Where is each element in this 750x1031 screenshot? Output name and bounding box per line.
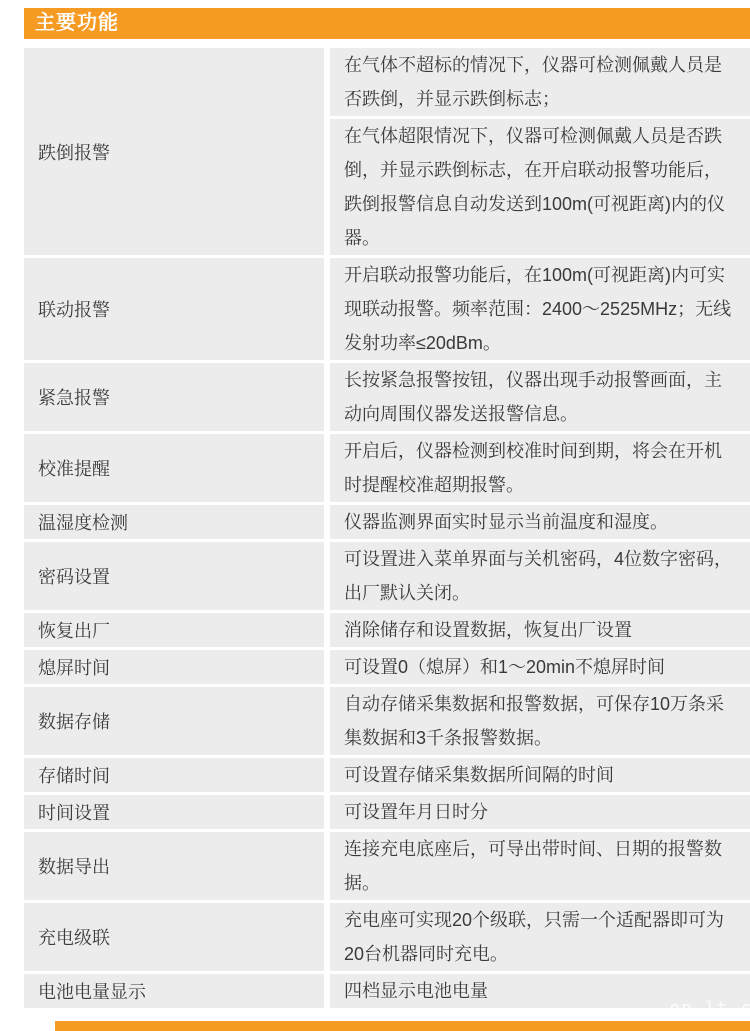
table-row: 温湿度检测仪器监测界面实时显示当前温度和湿度。 [24, 505, 750, 539]
feature-description-cell: 可设置年月日时分 [330, 795, 750, 829]
feature-description-column: 在气体不超标的情况下，仪器可检测佩戴人员是否跌倒，并显示跌倒标志；在气体超限情况… [330, 48, 750, 255]
feature-description-column: 可设置0（熄屏）和1～20min不熄屏时间 [330, 650, 750, 684]
feature-name-cell: 存储时间 [24, 758, 324, 792]
table-row: 紧急报警长按紧急报警按钮，仪器出现手动报警画面，主动向周围仪器发送报警信息。 [24, 363, 750, 431]
feature-description-cell: 充电座可实现20个级联，只需一个适配器即可为20台机器同时充电。 [330, 903, 750, 971]
feature-name-cell: 紧急报警 [24, 363, 324, 431]
feature-description-cell: 开启后，仪器检测到校准时间到期，将会在开机时提醒校准超期报警。 [330, 434, 750, 502]
feature-name-cell: 恢复出厂 [24, 613, 324, 647]
feature-name-cell: 充电级联 [24, 903, 324, 971]
section-title: 主要功能 [35, 12, 119, 34]
table-row: 时间设置可设置年月日时分 [24, 795, 750, 829]
feature-description-column: 消除储存和设置数据，恢复出厂设置 [330, 613, 750, 647]
table-row: 跌倒报警在气体不超标的情况下，仪器可检测佩戴人员是否跌倒，并显示跌倒标志；在气体… [24, 48, 750, 255]
feature-description-column: 可设置存储采集数据所间隔的时间 [330, 758, 750, 792]
feature-description-cell: 开启联动报警功能后，在100m(可视距离)内可实现联动报警。频率范围：2400～… [330, 258, 750, 360]
table-row: 校准提醒开启后，仪器检测到校准时间到期，将会在开机时提醒校准超期报警。 [24, 434, 750, 502]
feature-description-column: 充电座可实现20个级联，只需一个适配器即可为20台机器同时充电。 [330, 903, 750, 971]
feature-description-column: 可设置进入菜单界面与关机密码，4位数字密码，出厂默认关闭。 [330, 542, 750, 610]
feature-description-column: 可设置年月日时分 [330, 795, 750, 829]
feature-description-column: 长按紧急报警按钮，仪器出现手动报警画面，主动向周围仪器发送报警信息。 [330, 363, 750, 431]
next-section-header-partial [55, 1021, 750, 1031]
table-row: 充电级联充电座可实现20个级联，只需一个适配器即可为20台机器同时充电。 [24, 903, 750, 971]
feature-description-cell: 在气体超限情况下，仪器可检测佩戴人员是否跌倒，并显示跌倒标志，在开启联动报警功能… [330, 119, 750, 255]
feature-description-cell: 可设置存储采集数据所间隔的时间 [330, 758, 750, 792]
feature-description-column: 自动存储采集数据和报警数据，可保存10万条采集数据和3千条报警数据。 [330, 687, 750, 755]
table-row: 存储时间可设置存储采集数据所间隔的时间 [24, 758, 750, 792]
feature-description-column: 连接充电底座后，可导出带时间、日期的报警数据。 [330, 832, 750, 900]
feature-description-cell: 消除储存和设置数据，恢复出厂设置 [330, 613, 750, 647]
feature-name-cell: 联动报警 [24, 258, 324, 360]
feature-description-column: 仪器监测界面实时显示当前温度和湿度。 [330, 505, 750, 539]
feature-description-cell: 连接充电底座后，可导出带时间、日期的报警数据。 [330, 832, 750, 900]
feature-name-cell: 校准提醒 [24, 434, 324, 502]
spec-page: 主要功能 跌倒报警在气体不超标的情况下，仪器可检测佩戴人员是否跌倒，并显示跌倒标… [0, 0, 750, 1031]
spec-table: 跌倒报警在气体不超标的情况下，仪器可检测佩戴人员是否跌倒，并显示跌倒标志；在气体… [24, 48, 750, 1008]
table-row: 数据导出连接充电底座后，可导出带时间、日期的报警数据。 [24, 832, 750, 900]
feature-description-cell: 长按紧急报警按钮，仪器出现手动报警画面，主动向周围仪器发送报警信息。 [330, 363, 750, 431]
table-row: 恢复出厂消除储存和设置数据，恢复出厂设置 [24, 613, 750, 647]
feature-name-cell: 时间设置 [24, 795, 324, 829]
feature-name-cell: 熄屏时间 [24, 650, 324, 684]
feature-description-column: 开启后，仪器检测到校准时间到期，将会在开机时提醒校准超期报警。 [330, 434, 750, 502]
feature-description-cell: 仪器监测界面实时显示当前温度和湿度。 [330, 505, 750, 539]
table-row: 电池电量显示四档显示电池电量 [24, 974, 750, 1008]
feature-name-cell: 数据导出 [24, 832, 324, 900]
feature-description-cell: 可设置进入菜单界面与关机密码，4位数字密码，出厂默认关闭。 [330, 542, 750, 610]
section-header: 主要功能 [24, 8, 750, 39]
feature-name-cell: 温湿度检测 [24, 505, 324, 539]
table-row: 熄屏时间可设置0（熄屏）和1～20min不熄屏时间 [24, 650, 750, 684]
feature-name-cell: 跌倒报警 [24, 48, 324, 255]
feature-name-cell: 密码设置 [24, 542, 324, 610]
table-row: 联动报警开启联动报警功能后，在100m(可视距离)内可实现联动报警。频率范围：2… [24, 258, 750, 360]
table-row: 密码设置可设置进入菜单界面与关机密码，4位数字密码，出厂默认关闭。 [24, 542, 750, 610]
feature-description-cell: 在气体不超标的情况下，仪器可检测佩戴人员是否跌倒，并显示跌倒标志； [330, 48, 750, 116]
table-row: 数据存储自动存储采集数据和报警数据，可保存10万条采集数据和3千条报警数据。 [24, 687, 750, 755]
feature-description-column: 开启联动报警功能后，在100m(可视距离)内可实现联动报警。频率范围：2400～… [330, 258, 750, 360]
feature-description-cell: 四档显示电池电量 [330, 974, 750, 1008]
feature-description-cell: 可设置0（熄屏）和1～20min不熄屏时间 [330, 650, 750, 684]
feature-description-cell: 自动存储采集数据和报警数据，可保存10万条采集数据和3千条报警数据。 [330, 687, 750, 755]
feature-name-cell: 数据存储 [24, 687, 324, 755]
feature-description-column: 四档显示电池电量 [330, 974, 750, 1008]
feature-name-cell: 电池电量显示 [24, 974, 324, 1008]
